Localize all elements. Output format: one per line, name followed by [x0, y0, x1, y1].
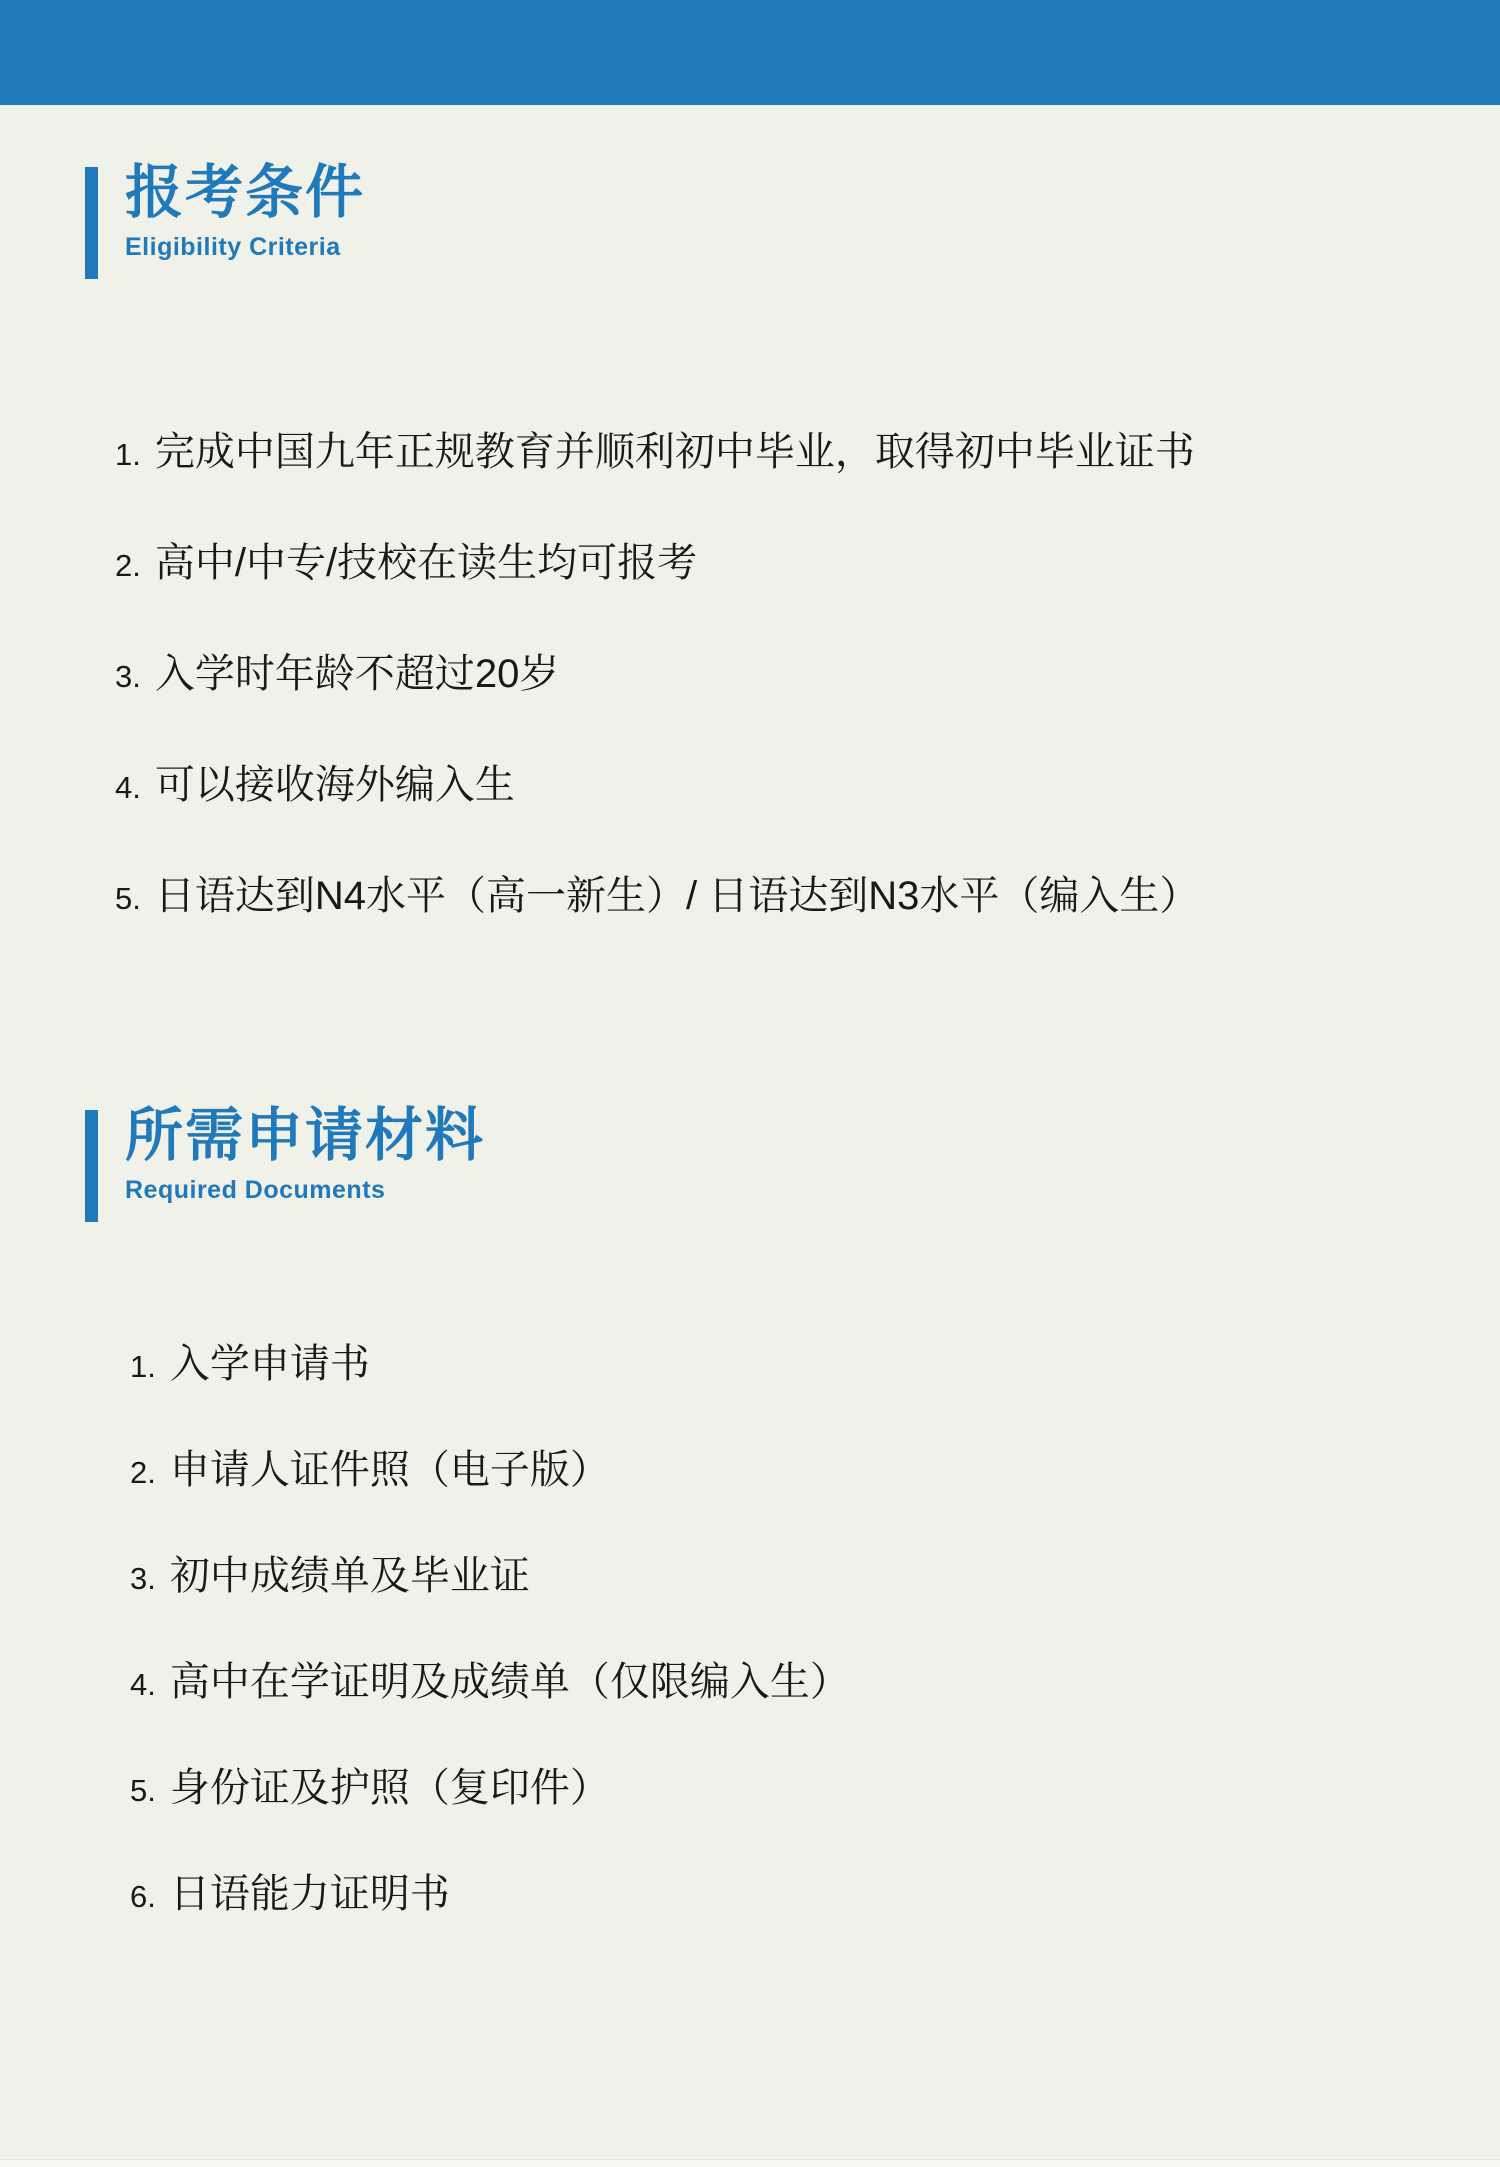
item-number: 3.: [130, 1561, 156, 1596]
item-text: 高中在学证明及成绩单（仅限编入生）: [170, 1660, 850, 1704]
item-text: 入学申请书: [170, 1342, 370, 1386]
item-number: 5.: [115, 881, 141, 916]
item-number: 3.: [115, 659, 141, 694]
list-item: 2.申请人证件照（电子版）: [130, 1446, 1450, 1497]
list-item: 5.身份证及护照（复印件）: [130, 1764, 1450, 1815]
list-item: 1.完成中国九年正规教育并顺利初中毕业，取得初中毕业证书: [115, 428, 1435, 479]
list-item: 2.高中/中专/技校在读生均可报考: [115, 539, 1435, 590]
item-number: 5.: [130, 1773, 156, 1808]
section-subtitle: Required Documents: [125, 1176, 485, 1205]
list-item: 3.入学时年龄不超过20岁: [115, 650, 1435, 701]
eligibility-list: 1.完成中国九年正规教育并顺利初中毕业，取得初中毕业证书 2.高中/中专/技校在…: [115, 428, 1435, 983]
item-text: 高中/中专/技校在读生均可报考: [155, 541, 697, 585]
item-number: 2.: [115, 548, 141, 583]
section-title: 所需申请材料: [125, 1106, 485, 1167]
flyer-page: { "page": { "accent_color": "#2079ba", "…: [0, 0, 1500, 2167]
list-item: 1.入学申请书: [130, 1340, 1450, 1391]
list-item: 4.高中在学证明及成绩单（仅限编入生）: [130, 1658, 1450, 1709]
item-text: 身份证及护照（复印件）: [170, 1766, 610, 1810]
item-text: 日语达到N4水平（高一新生）/ 日语达到N3水平（编入生）: [155, 874, 1200, 918]
item-number: 1.: [115, 437, 141, 472]
section-header-eligibility: 报考条件 Eligibility Criteria: [85, 163, 365, 262]
list-item: 5.日语达到N4水平（高一新生）/ 日语达到N3水平（编入生）: [115, 872, 1435, 923]
accent-bar: [85, 167, 98, 279]
top-banner-bar: [0, 0, 1500, 105]
accent-bar: [85, 1110, 98, 1222]
item-text: 初中成绩单及毕业证: [170, 1554, 530, 1598]
item-text: 申请人证件照（电子版）: [170, 1448, 610, 1492]
bottom-edge-strip: [0, 2159, 1500, 2167]
list-item: 4.可以接收海外编入生: [115, 761, 1435, 812]
item-text: 完成中国九年正规教育并顺利初中毕业，取得初中毕业证书: [155, 430, 1195, 474]
section-title: 报考条件: [125, 163, 365, 224]
section-header-documents: 所需申请材料 Required Documents: [85, 1106, 485, 1205]
documents-list: 1.入学申请书 2.申请人证件照（电子版） 3.初中成绩单及毕业证 4.高中在学…: [130, 1340, 1450, 1976]
item-number: 6.: [130, 1879, 156, 1914]
item-number: 4.: [130, 1667, 156, 1702]
item-text: 入学时年龄不超过20岁: [155, 652, 560, 696]
item-number: 2.: [130, 1455, 156, 1490]
section-subtitle: Eligibility Criteria: [125, 233, 365, 262]
item-number: 4.: [115, 770, 141, 805]
list-item: 6.日语能力证明书: [130, 1870, 1450, 1921]
item-text: 日语能力证明书: [170, 1872, 450, 1916]
item-text: 可以接收海外编入生: [155, 763, 515, 807]
list-item: 3.初中成绩单及毕业证: [130, 1552, 1450, 1603]
item-number: 1.: [130, 1349, 156, 1384]
